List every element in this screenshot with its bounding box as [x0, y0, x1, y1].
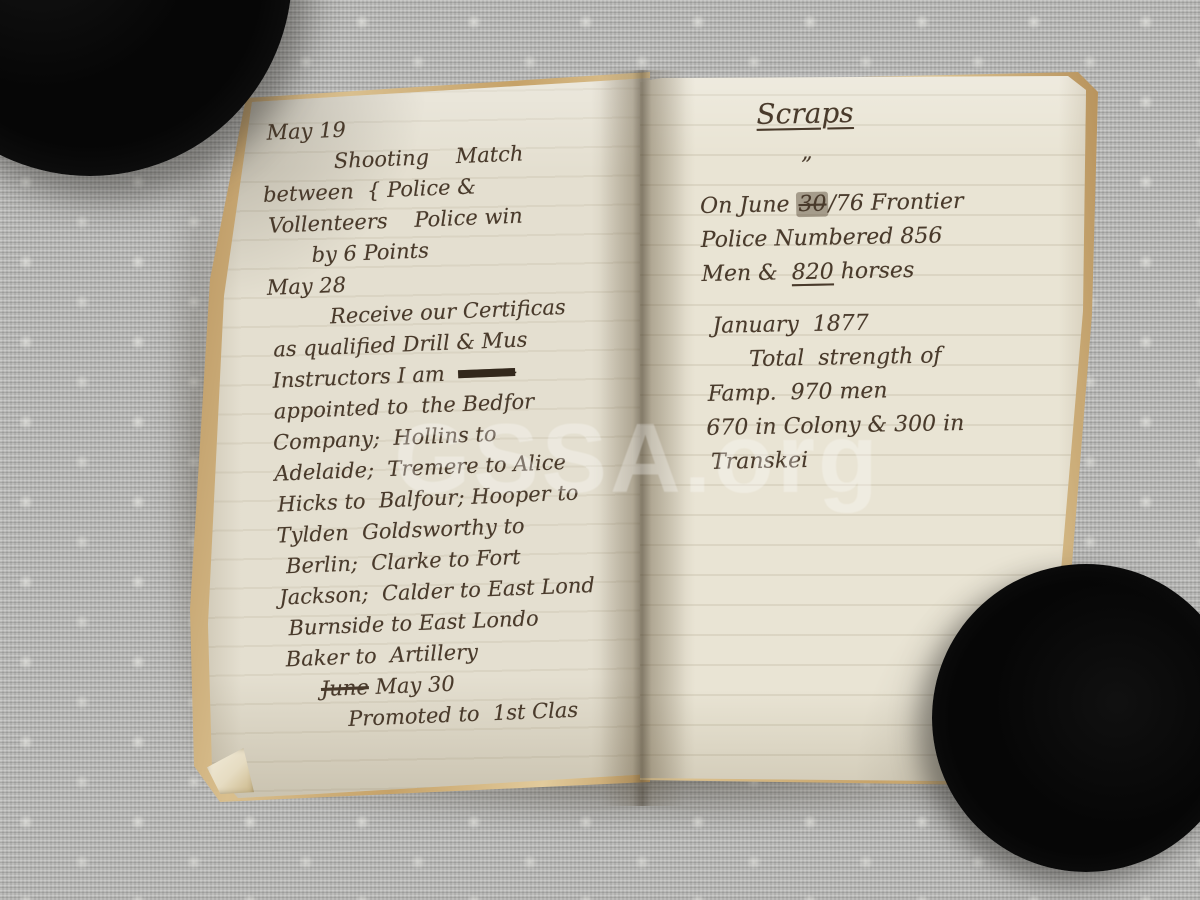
handwritten-text: May 30 [368, 672, 455, 699]
handwritten-line: „ [801, 131, 1080, 170]
handwritten-line: Transkei [711, 439, 1086, 480]
left-page-handwriting: May 19Shooting Matchbetween { Police &Vo… [260, 102, 677, 737]
handwritten-text: Transkei [711, 448, 809, 475]
handwritten-text: „ [801, 140, 813, 165]
handwritten-text: Instructors I am [272, 361, 459, 392]
handwritten-text: Total strength of [749, 343, 942, 372]
handwritten-text: Burnside to East Londo [288, 606, 539, 640]
handwritten-text: Receive our Certificas [330, 295, 567, 328]
handwritten-text: 30 [796, 192, 828, 218]
right-page-handwriting: Scraps„On June 30/76 FrontierPolice Numb… [698, 87, 1085, 480]
handwritten-text: 820 [791, 259, 833, 285]
handwritten-text: Famp. 970 men [708, 378, 888, 406]
handwritten-line: Scraps [756, 87, 1079, 137]
handwritten-text: ——— [458, 359, 516, 385]
handwritten-text: Baker to Artillery [285, 640, 478, 672]
handwritten-text: On June [700, 192, 797, 219]
handwritten-text: /76 Frontier [828, 189, 963, 217]
handwritten-text: Promoted to 1st Clas [348, 698, 579, 731]
handwritten-text: Vollenteers Police win [268, 204, 523, 238]
handwritten-text: by 6 Points [311, 238, 429, 267]
handwritten-text: June [320, 675, 369, 701]
handwritten-text: Scraps [756, 96, 854, 131]
handwritten-text: 670 in Colony & 300 in [706, 411, 964, 441]
handwritten-text: Men & [701, 260, 792, 287]
handwritten-text: horses [833, 258, 914, 285]
handwritten-text: January 1877 [712, 311, 869, 339]
handwritten-text: Police Numbered 856 [701, 223, 943, 253]
handwritten-text: May 19 [266, 118, 346, 145]
handwritten-text: May 28 [266, 273, 346, 300]
handwritten-text: between { Police & [263, 174, 477, 207]
handwritten-text: Company; Hollins to [273, 422, 497, 455]
handwritten-text: Shooting Match [333, 141, 524, 173]
